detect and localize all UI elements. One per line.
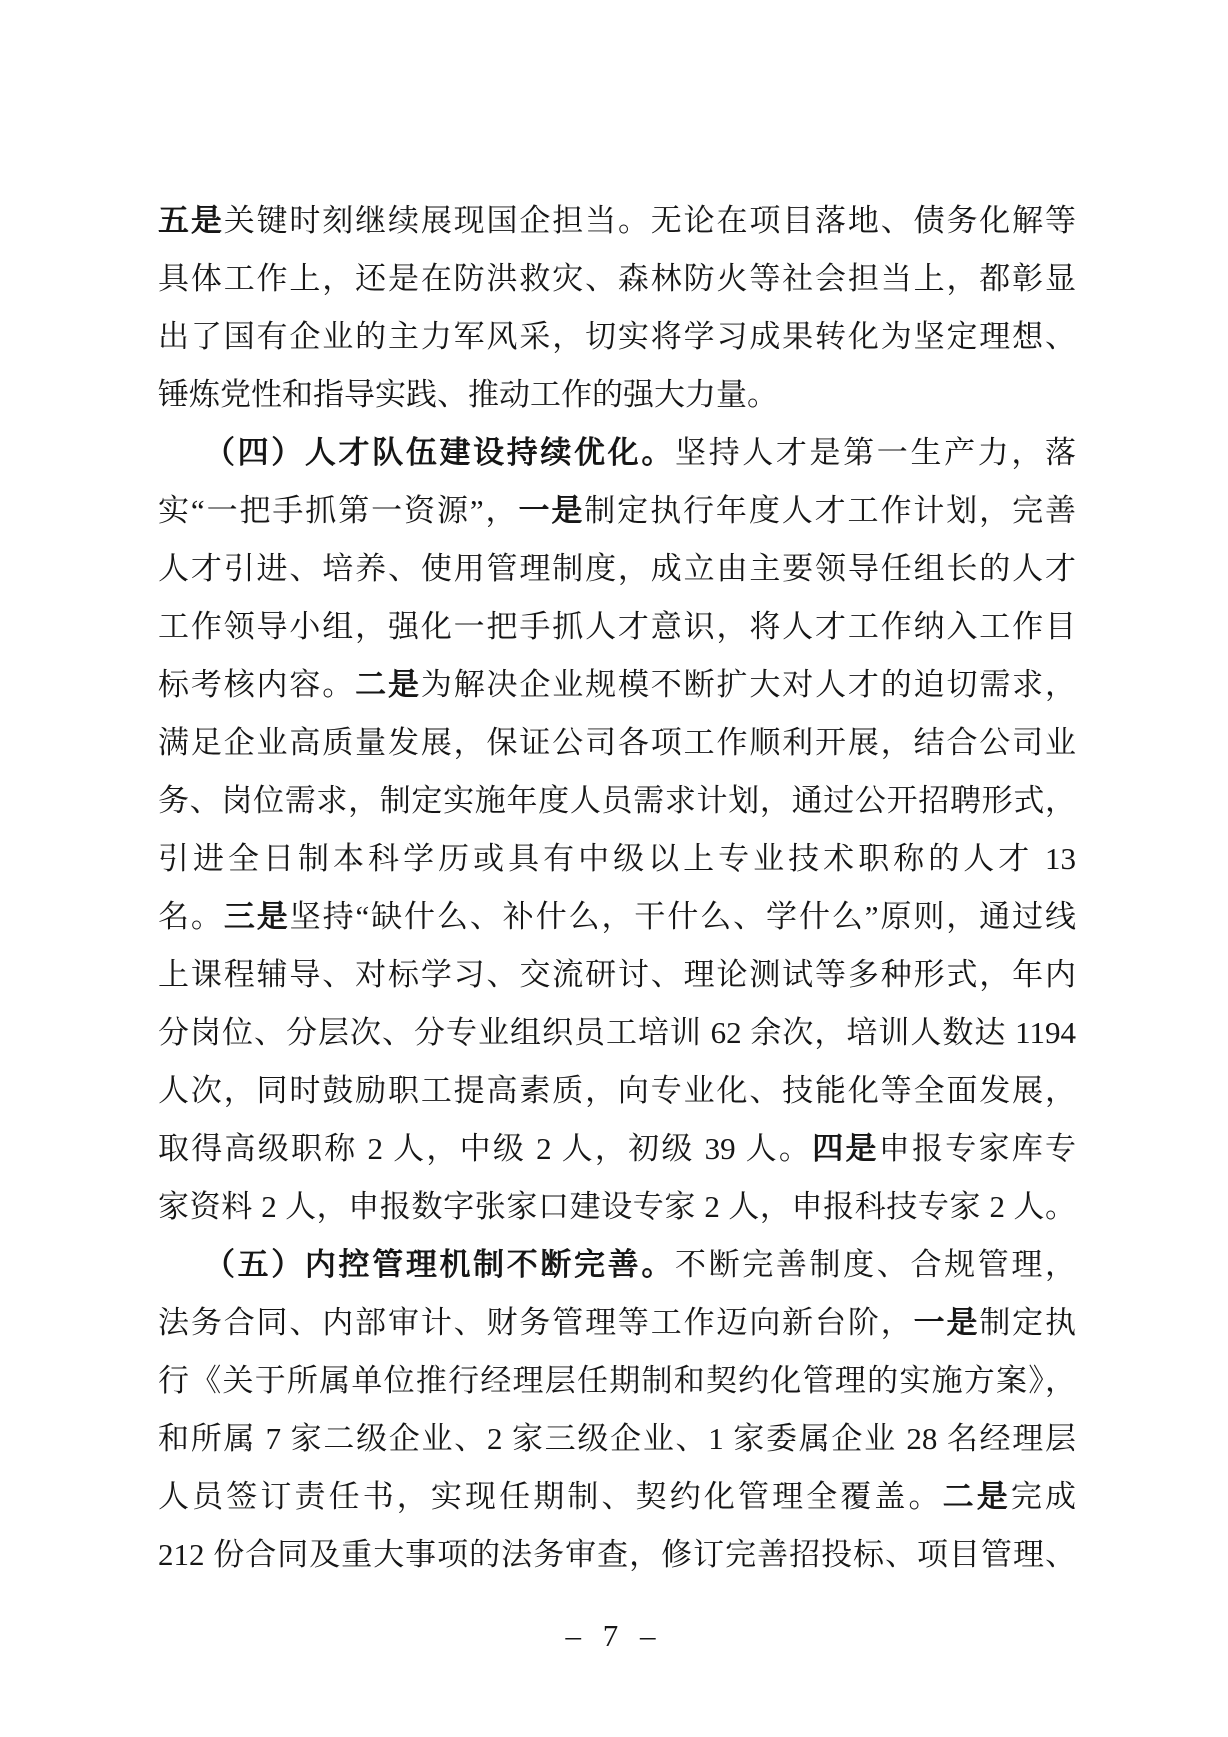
text-segment: 人员签订责任书，实现任期制、契约化管理全覆盖。 (158, 1479, 943, 1514)
text-segment: 申报专家库专 (879, 1131, 1076, 1166)
text-segment: 出了国有企业的主力军风采，切实将学习成果转化为坚定理想、 (158, 319, 1076, 354)
text-line: 工作领导小组，强化一把手抓人才意识，将人才工作纳入工作目 (158, 598, 1076, 656)
text-segment: 完成 (1011, 1479, 1076, 1514)
bold-text-segment: 四是 (812, 1131, 879, 1166)
text-segment: 工作领导小组，强化一把手抓人才意识，将人才工作纳入工作目 (158, 609, 1076, 644)
page-number: – 7 – (0, 1616, 1228, 1656)
text-segment: 人次，同时鼓励职工提高素质，向专业化、技能化等全面发展， (158, 1073, 1076, 1108)
text-line: 五是关键时刻继续展现国企担当。无论在项目落地、债务化解等 (158, 192, 1076, 250)
text-segment: 坚持“缺什么、补什么，干什么、学什么”原则，通过线 (290, 899, 1076, 934)
text-segment: 不断完善制度、合规管理， (675, 1247, 1076, 1282)
text-line: 取得高级职称 2 人，中级 2 人，初级 39 人。四是申报专家库专 (158, 1120, 1076, 1178)
text-segment: 名。 (158, 899, 224, 934)
bold-text-segment: 二是 (355, 667, 421, 702)
text-segment: 关键时刻继续展现国企担当。无论在项目落地、债务化解等 (224, 203, 1076, 238)
text-segment: 法务合同、内部审计、财务管理等工作迈向新台阶， (158, 1305, 914, 1340)
text-line: 标考核内容。二是为解决企业规模不断扩大对人才的迫切需求， (158, 656, 1076, 714)
text-line: 和所属 7 家二级企业、2 家三级企业、1 家委属企业 28 名经理层 (158, 1410, 1076, 1468)
text-segment: 满足企业高质量发展，保证公司各项工作顺利开展，结合公司业 (158, 725, 1076, 760)
text-line: 人次，同时鼓励职工提高素质，向专业化、技能化等全面发展， (158, 1062, 1076, 1120)
text-segment: 分岗位、分层次、分专业组织员工培训 62 余次，培训人数达 1194 (158, 1015, 1076, 1050)
text-line: 行《关于所属单位推行经理层任期制和契约化管理的实施方案》， (158, 1352, 1076, 1410)
text-line: 引进全日制本科学历或具有中级以上专业技术职称的人才 13 (158, 830, 1076, 888)
text-segment: 标考核内容。 (158, 667, 355, 702)
text-segment: 锤炼党性和指导实践、推动工作的强大力量。 (158, 377, 778, 412)
text-segment: 上课程辅导、对标学习、交流研讨、理论测试等多种形式，年内 (158, 957, 1076, 992)
text-line: 法务合同、内部审计、财务管理等工作迈向新台阶，一是制定执 (158, 1294, 1076, 1352)
text-line: 人才引进、培养、使用管理制度，成立由主要领导任组长的人才 (158, 540, 1076, 598)
bold-text-segment: （四）人才队伍建设持续优化。 (204, 435, 675, 470)
text-segment: 行《关于所属单位推行经理层任期制和契约化管理的实施方案》， (158, 1363, 1076, 1398)
bold-text-segment: （五）内控管理机制不断完善。 (204, 1247, 675, 1282)
text-line: 具体工作上，还是在防洪救灾、森林防火等社会担当上，都彰显 (158, 250, 1076, 308)
text-line: 212 份合同及重大事项的法务审查，修订完善招投标、项目管理、 (158, 1526, 1076, 1584)
text-line: （五）内控管理机制不断完善。不断完善制度、合规管理， (158, 1236, 1076, 1294)
text-segment: 人才引进、培养、使用管理制度，成立由主要领导任组长的人才 (158, 551, 1076, 586)
text-line: 出了国有企业的主力军风采，切实将学习成果转化为坚定理想、 (158, 308, 1076, 366)
text-segment: 实“一把手抓第一资源”， (158, 493, 518, 528)
text-segment: 制定执 (979, 1305, 1076, 1340)
text-segment: 坚持人才是第一生产力，落 (675, 435, 1076, 470)
document-page: 五是关键时刻继续展现国企担当。无论在项目落地、债务化解等具体工作上，还是在防洪救… (0, 0, 1228, 1737)
text-segment: 具体工作上，还是在防洪救灾、森林防火等社会担当上，都彰显 (158, 261, 1076, 296)
text-segment: 取得高级职称 2 人，中级 2 人，初级 39 人。 (158, 1131, 812, 1166)
text-line: 家资料 2 人，申报数字张家口建设专家 2 人，申报科技专家 2 人。 (158, 1178, 1076, 1236)
text-segment: 制定执行年度人才工作计划，完善 (584, 493, 1076, 528)
text-line: 实“一把手抓第一资源”，一是制定执行年度人才工作计划，完善 (158, 482, 1076, 540)
text-segment: 和所属 7 家二级企业、2 家三级企业、1 家委属企业 28 名经理层 (158, 1421, 1076, 1456)
text-line: 锤炼党性和指导实践、推动工作的强大力量。 (158, 366, 1076, 424)
text-line: 上课程辅导、对标学习、交流研讨、理论测试等多种形式，年内 (158, 946, 1076, 1004)
bold-text-segment: 五是 (158, 203, 224, 238)
text-line: 务、岗位需求，制定实施年度人员需求计划，通过公开招聘形式， (158, 772, 1076, 830)
bold-text-segment: 二是 (943, 1479, 1011, 1514)
bold-text-segment: 一是 (914, 1305, 980, 1340)
document-body: 五是关键时刻继续展现国企担当。无论在项目落地、债务化解等具体工作上，还是在防洪救… (158, 192, 1076, 1584)
text-segment: 务、岗位需求，制定实施年度人员需求计划，通过公开招聘形式， (158, 783, 1076, 818)
bold-text-segment: 三是 (224, 899, 290, 934)
text-segment: 212 份合同及重大事项的法务审查，修订完善招投标、项目管理、 (158, 1537, 1076, 1572)
text-line: 满足企业高质量发展，保证公司各项工作顺利开展，结合公司业 (158, 714, 1076, 772)
text-segment: 家资料 2 人，申报数字张家口建设专家 2 人，申报科技专家 2 人。 (158, 1189, 1076, 1224)
text-line: 名。三是坚持“缺什么、补什么，干什么、学什么”原则，通过线 (158, 888, 1076, 946)
bold-text-segment: 一是 (518, 493, 584, 528)
text-line: （四）人才队伍建设持续优化。坚持人才是第一生产力，落 (158, 424, 1076, 482)
text-line: 人员签订责任书，实现任期制、契约化管理全覆盖。二是完成 (158, 1468, 1076, 1526)
text-segment: 为解决企业规模不断扩大对人才的迫切需求， (421, 667, 1076, 702)
text-line: 分岗位、分层次、分专业组织员工培训 62 余次，培训人数达 1194 (158, 1004, 1076, 1062)
text-segment: 引进全日制本科学历或具有中级以上专业技术职称的人才 13 (158, 841, 1076, 876)
